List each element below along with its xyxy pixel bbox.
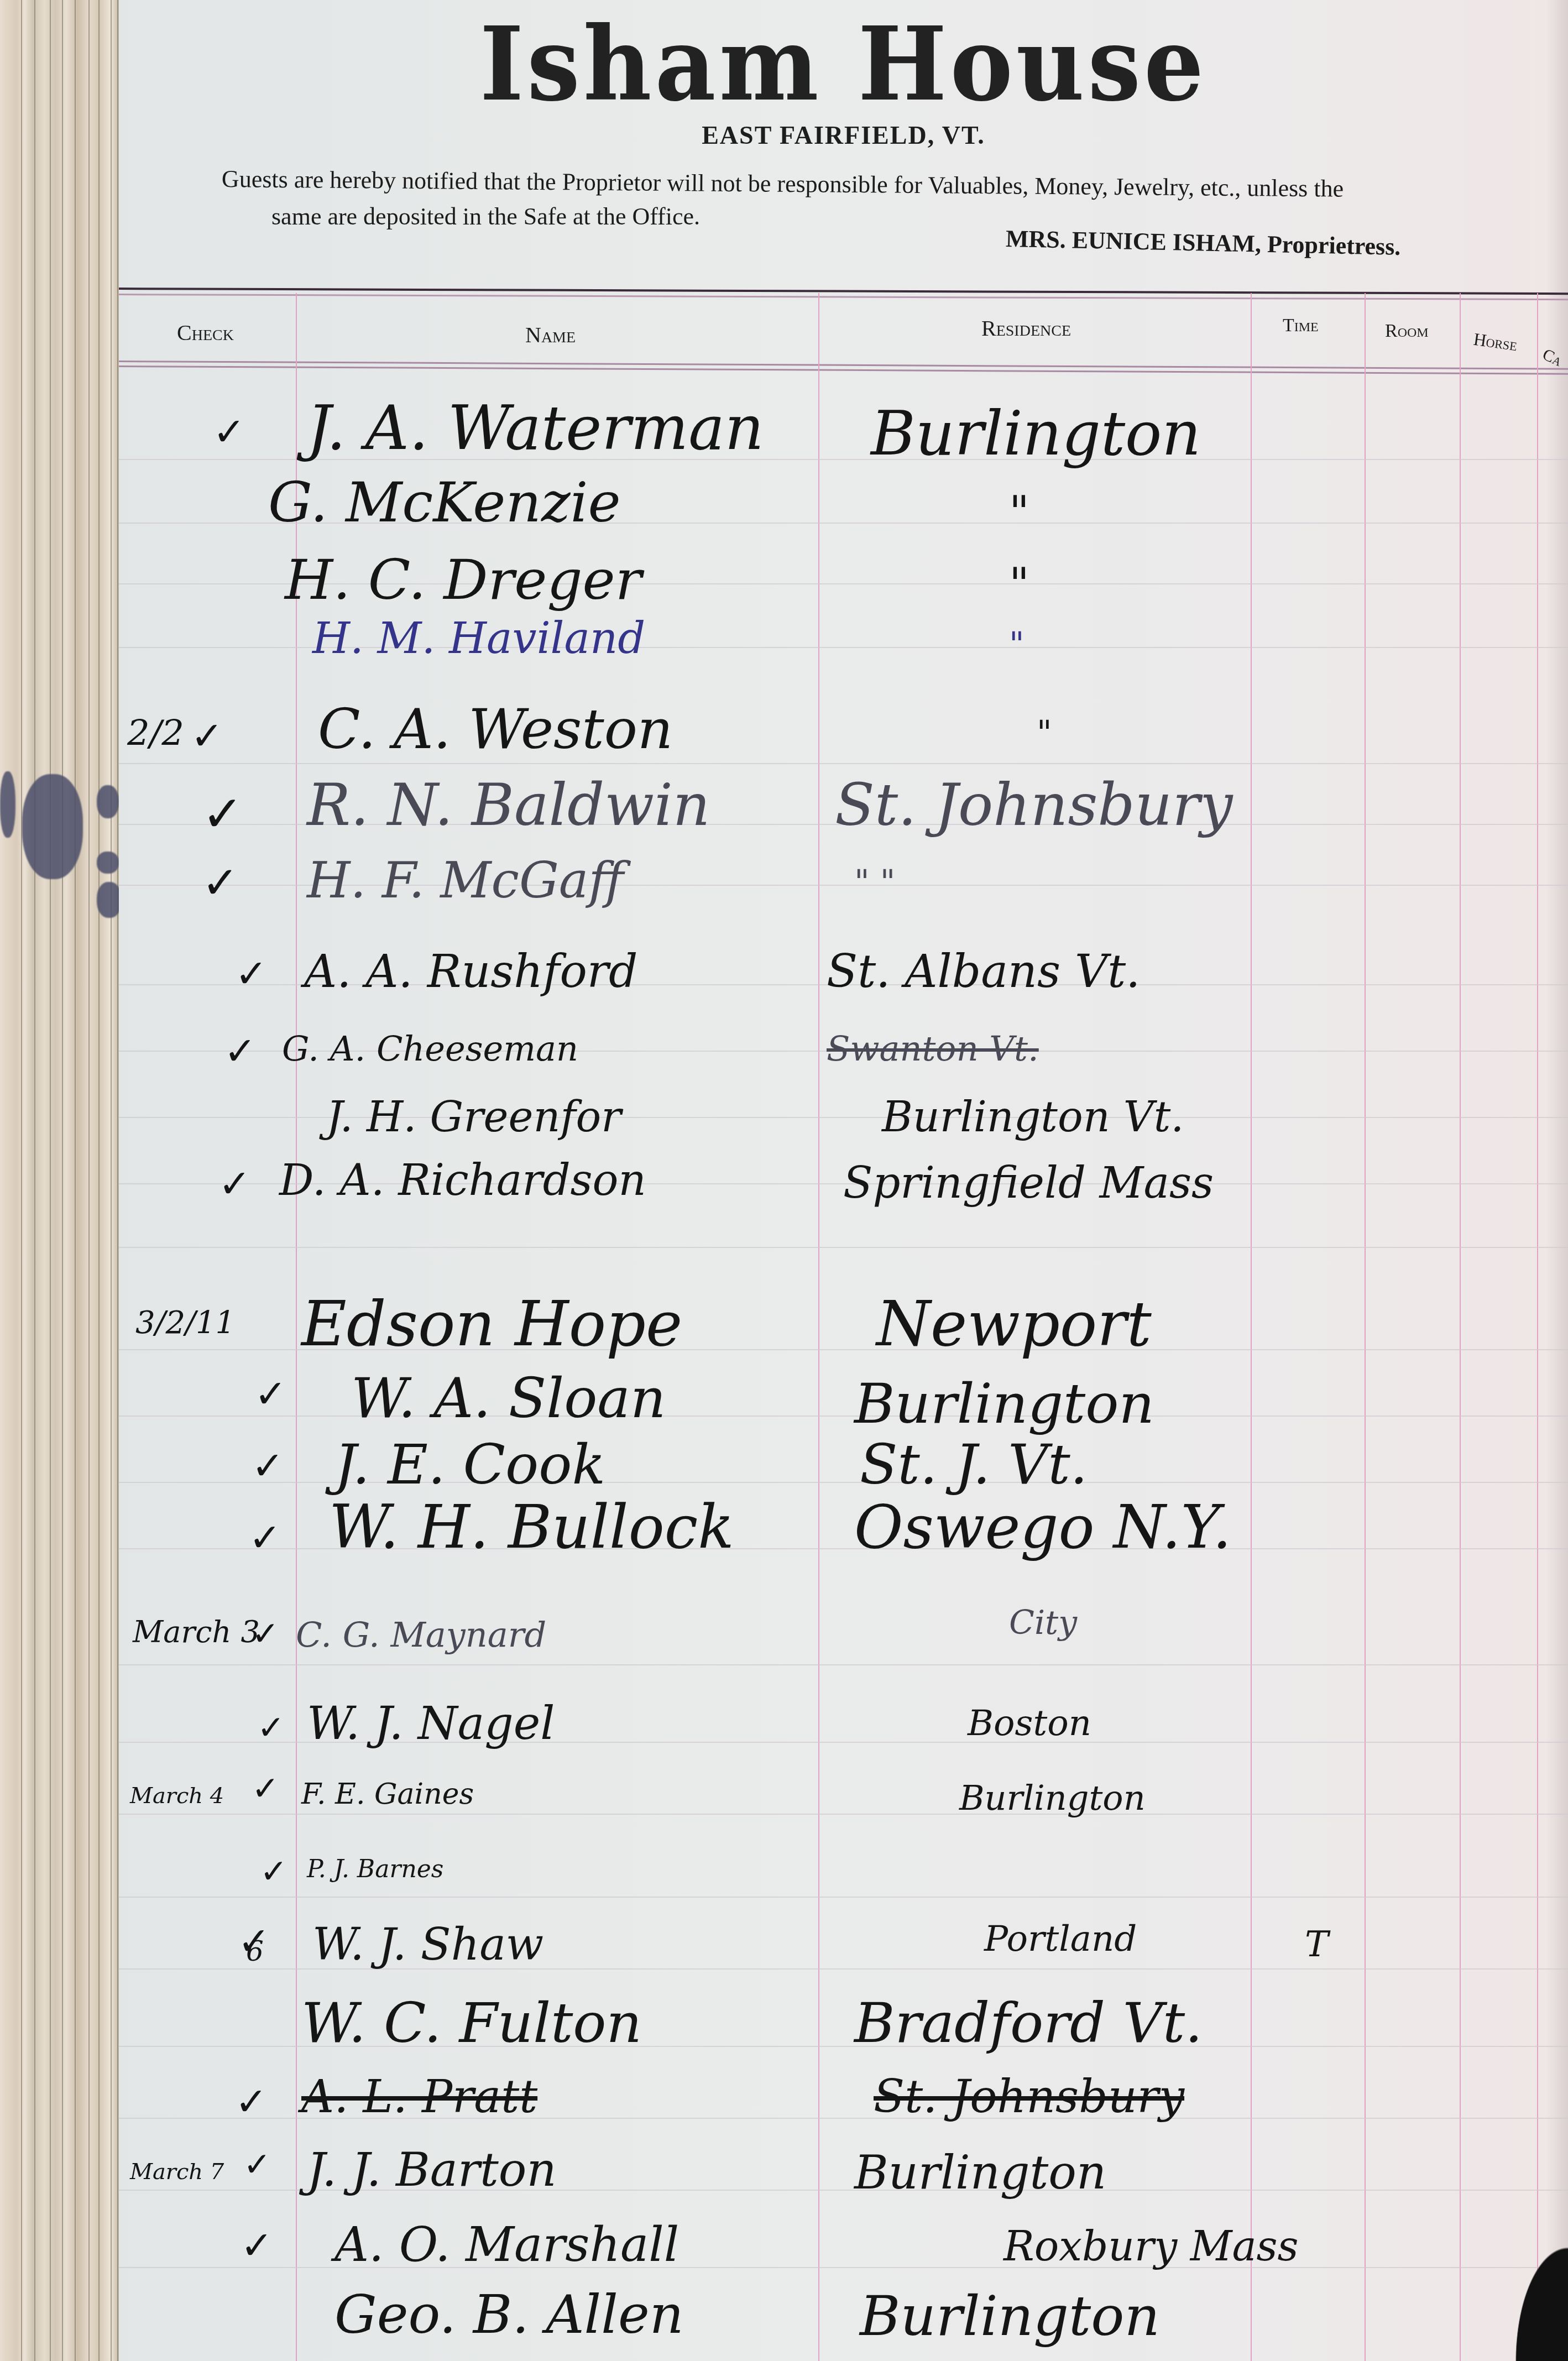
guest-residence: Springfield Mass — [843, 1158, 1214, 1208]
guest-residence: Portland — [984, 1919, 1137, 1960]
guest-name: J. H. Greenfor — [326, 1092, 621, 1141]
guest-residence: Newport — [876, 1288, 1152, 1360]
notice-line-2: same are deposited in the Safe at the Of… — [271, 202, 700, 231]
guest-residence: Burlington — [854, 2145, 1106, 2200]
check-mark: ✓ — [218, 1161, 251, 1206]
entry-date: March 3 — [133, 1615, 260, 1649]
guest-name: W. J. Nagel — [307, 1697, 555, 1750]
guest-name: P. J. Barnes — [307, 1855, 443, 1883]
column-divider — [1251, 293, 1252, 2361]
check-mark: ✓ — [241, 2223, 273, 2268]
guest-name: G. McKenzie — [268, 470, 621, 535]
ink-blot — [97, 852, 119, 874]
check-mark: ✓ — [252, 1769, 279, 1808]
book-page-stack — [0, 0, 119, 2361]
guest-name: W. C. Fulton — [301, 1991, 642, 2055]
check-mark: ✓ — [235, 951, 268, 996]
guest-name: H. C. Dreger — [285, 547, 641, 612]
guest-name: C. G. Maynard — [296, 1615, 546, 1655]
guest-residence: " — [1037, 713, 1052, 752]
guest-name: F. E. Gaines — [301, 1778, 474, 1811]
guest-residence: Burlington — [871, 398, 1201, 469]
guest-name: R. N. Baldwin — [307, 771, 710, 839]
notice-line-1: Guests are hereby notified that the Prop… — [222, 165, 1560, 205]
check-mark: ✓ — [249, 1515, 281, 1560]
guest-name: A. O. Marshall — [334, 2217, 679, 2273]
guest-name: H. M. Haviland — [312, 614, 645, 664]
guest-name: Edson Hope — [301, 1288, 682, 1360]
column-header-horse: Horse — [1472, 329, 1519, 356]
guest-name: D. A. Richardson — [279, 1156, 646, 1205]
guest-residence: Burlington — [860, 2284, 1160, 2348]
column-divider — [1537, 293, 1538, 2361]
page-corner-shadow — [1502, 2217, 1568, 2361]
guest-name: Geo. B. Allen — [334, 2284, 684, 2346]
check-mark: ✓ — [213, 409, 245, 455]
ink-blot — [0, 771, 15, 838]
guest-residence: St. Johnsbury — [874, 2071, 1184, 2123]
guest-residence: " " — [854, 863, 895, 901]
guest-name: J. J. Barton — [307, 2143, 557, 2197]
column-divider — [1365, 293, 1366, 2361]
column-header-room: Room — [1385, 321, 1429, 342]
check-mark: ✓ — [238, 1919, 270, 1964]
guest-name: A. A. Rushford — [304, 946, 638, 998]
check-mark: ✓ — [235, 2079, 268, 2124]
proprietor-name: MRS. EUNICE ISHAM, Proprietress. — [1005, 224, 1400, 261]
guest-time: T — [1305, 1924, 1329, 1965]
guest-name: A. L. Pratt — [301, 2071, 537, 2123]
header-rule-bottom — [119, 361, 1568, 375]
entry-date: March 7 — [130, 2159, 224, 2185]
guest-residence: Boston — [968, 1703, 1091, 1744]
ink-blot — [97, 882, 122, 918]
guest-residence: St. J. Vt. — [860, 1432, 1088, 1497]
column-divider — [1460, 293, 1461, 2361]
guest-residence: Bradford Vt. — [854, 1991, 1203, 2055]
guest-name: W. H. Bullock — [329, 1493, 734, 1562]
column-header-residence: Residence — [981, 315, 1071, 341]
guest-name: H. F. McGaff — [307, 852, 624, 910]
guest-residence: Oswego N.Y. — [854, 1493, 1231, 1562]
header-rule-top — [119, 288, 1568, 300]
guest-name: W. J. Shaw — [312, 1919, 543, 1970]
check-mark: ✓ — [252, 1443, 284, 1488]
check-mark: ✓ — [202, 857, 239, 908]
check-mark: ✓ — [252, 1615, 279, 1653]
check-mark: ✓ — [191, 713, 223, 759]
check-mark: ✓ — [260, 1852, 288, 1891]
check-mark: ✓ — [254, 1371, 287, 1417]
ink-blot — [22, 774, 83, 879]
guest-residence: St. Albans Vt. — [827, 946, 1140, 998]
column-header-name: Name — [525, 322, 576, 348]
guest-residence: " — [1009, 487, 1029, 538]
guest-name: C. A. Weston — [318, 697, 673, 761]
guest-residence: Swanton Vt. — [827, 1028, 1039, 1069]
ink-blot — [97, 785, 119, 818]
guest-residence: Burlington — [854, 1371, 1154, 1436]
column-divider — [818, 293, 819, 2361]
guest-residence: Burlington Vt. — [882, 1092, 1184, 1141]
page-title: Isham House — [119, 4, 1568, 124]
guest-name: W. A. Sloan — [351, 1366, 666, 1430]
location-subtitle: EAST FAIRFIELD, VT. — [119, 121, 1568, 150]
guest-name: G. A. Cheeseman — [282, 1028, 578, 1069]
guest-residence: " — [1009, 558, 1029, 610]
column-header-time: Time — [1283, 315, 1319, 336]
entry-date: 3/2/11 — [135, 1305, 235, 1341]
check-mark: ✓ — [257, 1709, 285, 1747]
check-mark: ✓ — [243, 2145, 271, 2184]
entry-date: March 4 — [130, 1783, 224, 1809]
guest-residence: St. Johnsbury — [835, 771, 1233, 839]
guest-residence: " — [1009, 625, 1025, 664]
guest-name: J. E. Cook — [334, 1432, 605, 1497]
column-header-check: Check — [177, 320, 234, 346]
guest-residence: City — [1009, 1603, 1077, 1642]
guest-residence: Roxbury Mass — [1003, 2223, 1299, 2270]
guest-name: J. A. Waterman — [307, 393, 764, 463]
guest-residence: Burlington — [959, 1778, 1146, 1818]
entry-date: 2/2 — [127, 713, 184, 754]
check-mark: ✓ — [202, 785, 243, 843]
register-page: Isham House EAST FAIRFIELD, VT. Guests a… — [119, 0, 1568, 2361]
check-mark: ✓ — [224, 1028, 257, 1074]
